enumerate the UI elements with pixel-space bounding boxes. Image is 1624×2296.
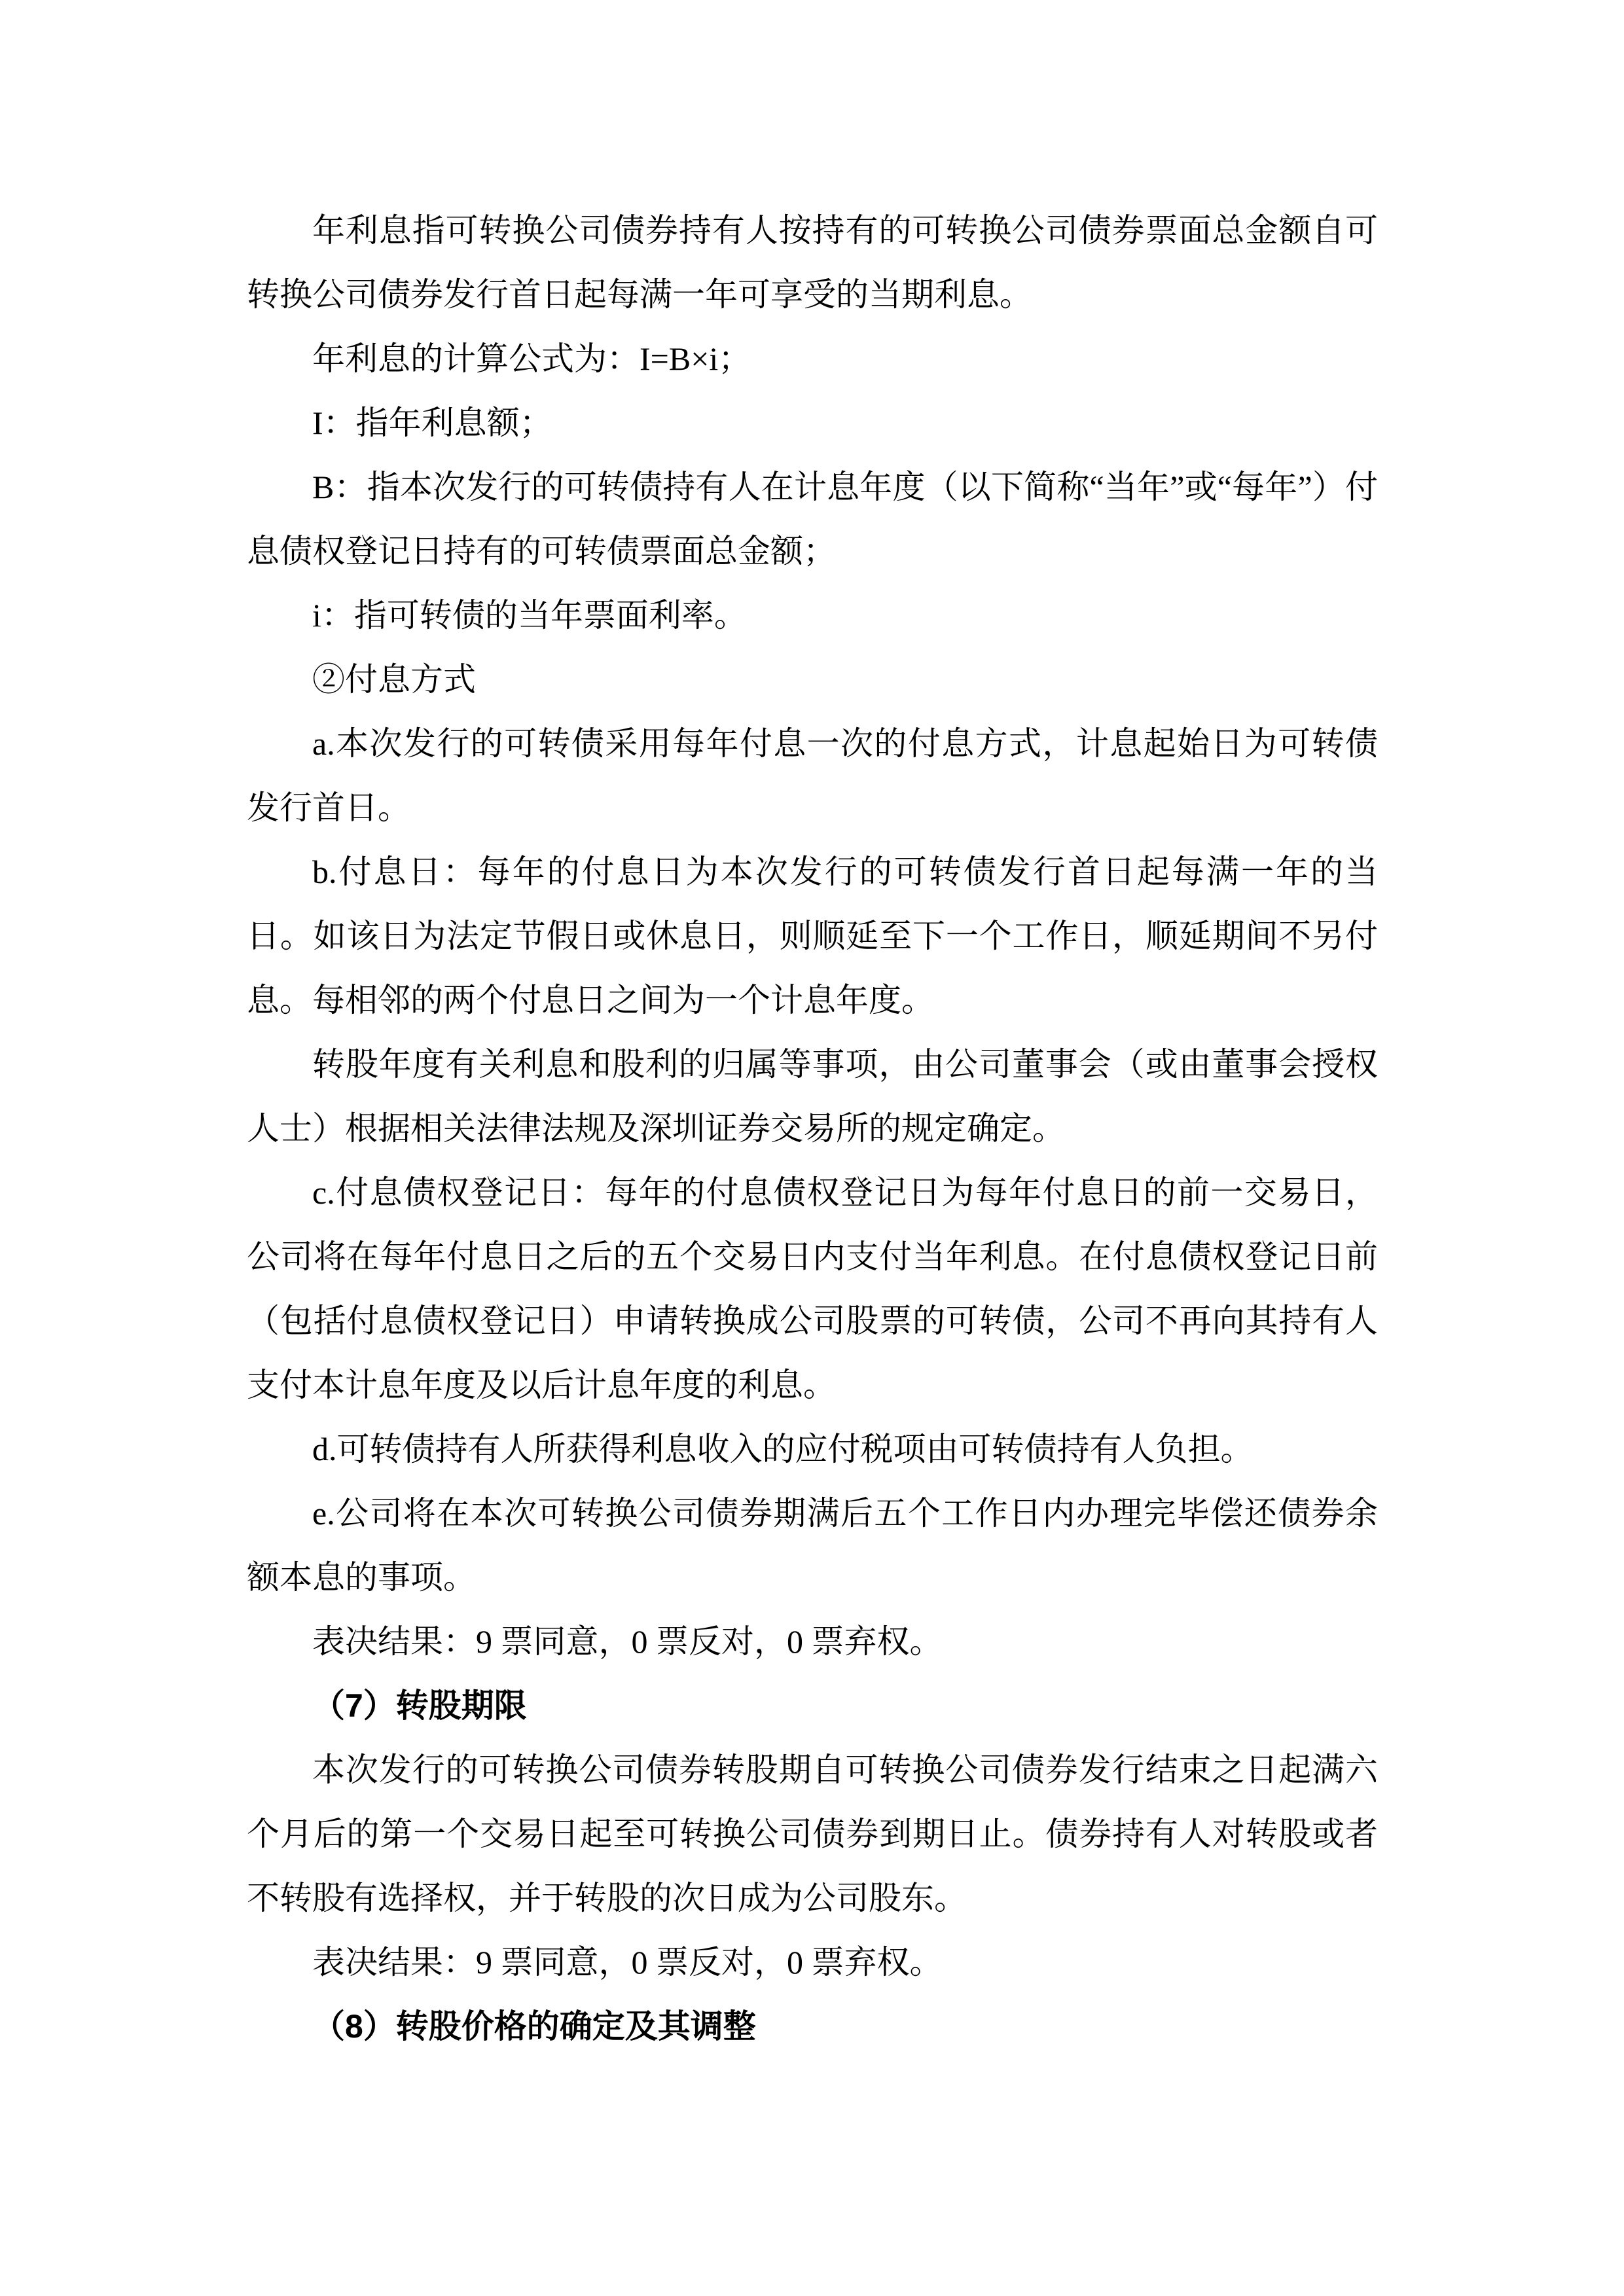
paragraph: a.本次发行的可转债采用每年付息一次的付息方式，计息起始日为可转债发行首日。 <box>247 711 1378 840</box>
paragraph: B：指本次发行的可转债持有人在计息年度（以下简称“当年”或“每年”）付息债权登记… <box>247 455 1378 583</box>
paragraph: e.公司将在本次可转换公司债券期满后五个工作日内办理完毕偿还债券余额本息的事项。 <box>247 1481 1378 1609</box>
paragraph: i：指可转债的当年票面利率。 <box>247 583 1378 647</box>
document-content: 年利息指可转换公司债券持有人按持有的可转换公司债券票面总金额自可转换公司债券发行… <box>247 198 1378 2058</box>
paragraph: 年利息指可转换公司债券持有人按持有的可转换公司债券票面总金额自可转换公司债券发行… <box>247 198 1378 327</box>
paragraph: 表决结果：9 票同意，0 票反对，0 票弃权。 <box>247 1930 1378 1994</box>
paragraph: 表决结果：9 票同意，0 票反对，0 票弃权。 <box>247 1609 1378 1674</box>
paragraph: 年利息的计算公式为：I=B×i； <box>247 327 1378 391</box>
document-page: 年利息指可转换公司债券持有人按持有的可转换公司债券票面总金额自可转换公司债券发行… <box>0 0 1624 2296</box>
paragraph: b.付息日：每年的付息日为本次发行的可转债发行首日起每满一年的当日。如该日为法定… <box>247 840 1378 1032</box>
paragraph: ②付息方式 <box>247 647 1378 711</box>
paragraph: 本次发行的可转换公司债券转股期自可转换公司债券发行结束之日起满六个月后的第一个交… <box>247 1738 1378 1930</box>
paragraph: c.付息债权登记日：每年的付息债权登记日为每年付息日的前一交易日，公司将在每年付… <box>247 1160 1378 1417</box>
paragraph: d.可转债持有人所获得利息收入的应付税项由可转债持有人负担。 <box>247 1417 1378 1481</box>
section-heading: （8）转股价格的确定及其调整 <box>247 1994 1378 2058</box>
paragraph: 转股年度有关利息和股利的归属等事项，由公司董事会（或由董事会授权人士）根据相关法… <box>247 1032 1378 1160</box>
section-heading: （7）转股期限 <box>247 1674 1378 1738</box>
paragraph: I：指年利息额； <box>247 391 1378 455</box>
